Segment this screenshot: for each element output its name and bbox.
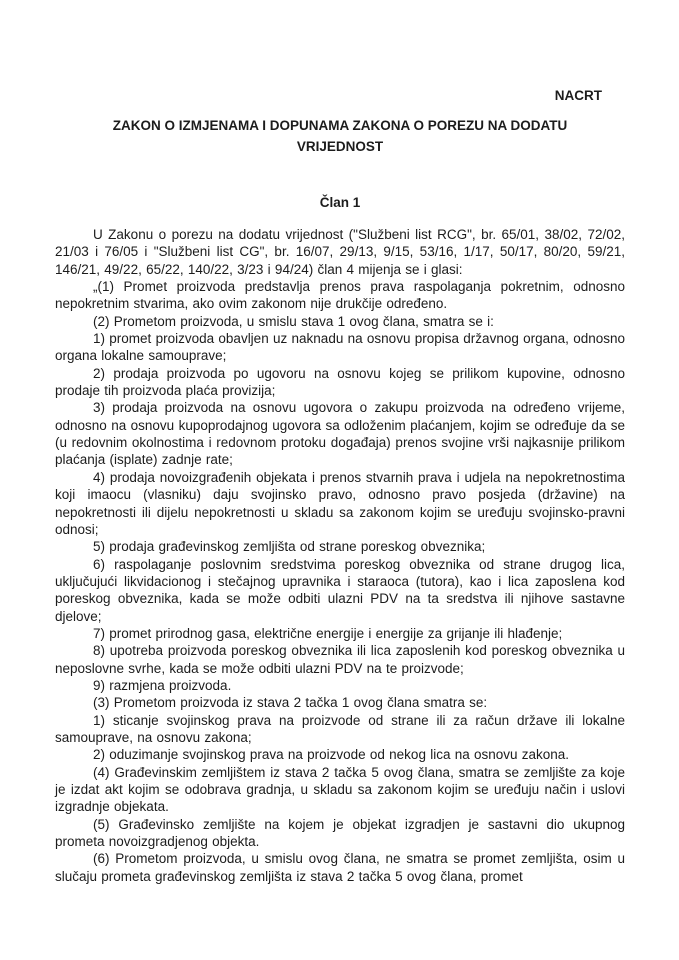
document-title-line-1: ZAKON O IZMJENAMA I DOPUNAMA ZAKONA O PO…	[55, 116, 625, 137]
draft-label: NACRT	[55, 88, 625, 103]
paragraph-5: (5) Građevinsko zemljište na kojem je ob…	[55, 816, 625, 851]
paragraph-3: (3) Prometom proizvoda iz stava 2 tačka …	[55, 694, 625, 711]
article-heading: Član 1	[55, 194, 625, 211]
paragraph-2-item-8: 8) upotreba proizvoda poreskog obveznika…	[55, 642, 625, 677]
paragraph-1: „(1) Promet proizvoda predstavlja prenos…	[55, 278, 625, 313]
paragraph-2-item-3: 3) prodaja proizvoda na osnovu ugovora o…	[55, 399, 625, 468]
document-title-line-2: VRIJEDNOST	[55, 137, 625, 158]
paragraph-2-item-9: 9) razmjena proizvoda.	[55, 677, 625, 694]
paragraph-3-item-2: 2) oduzimanje svojinskog prava na proizv…	[55, 746, 625, 763]
paragraph-2: (2) Prometom proizvoda, u smislu stava 1…	[55, 313, 625, 330]
paragraph-2-item-2: 2) prodaja proizvoda po ugovoru na osnov…	[55, 365, 625, 400]
paragraph-intro: U Zakonu o porezu na dodatu vrijednost (…	[55, 226, 625, 278]
paragraph-4: (4) Građevinskim zemljištem iz stava 2 t…	[55, 764, 625, 816]
document-page: NACRT ZAKON O IZMJENAMA I DOPUNAMA ZAKON…	[0, 0, 679, 960]
paragraph-2-item-4: 4) prodaja novoizgrađenih objekata i pre…	[55, 469, 625, 538]
article-body: U Zakonu o porezu na dodatu vrijednost (…	[55, 226, 625, 885]
paragraph-2-item-6: 6) raspolaganje poslovnim sredstvima por…	[55, 556, 625, 625]
paragraph-6: (6) Prometom proizvoda, u smislu ovog čl…	[55, 850, 625, 885]
paragraph-2-item-7: 7) promet prirodnog gasa, električne ene…	[55, 625, 625, 642]
paragraph-2-item-5: 5) prodaja građevinskog zemljišta od str…	[55, 538, 625, 555]
paragraph-2-item-1: 1) promet proizvoda obavljen uz naknadu …	[55, 330, 625, 365]
paragraph-3-item-1: 1) sticanje svojinskog prava na proizvod…	[55, 712, 625, 747]
document-title: ZAKON O IZMJENAMA I DOPUNAMA ZAKONA O PO…	[55, 116, 625, 157]
